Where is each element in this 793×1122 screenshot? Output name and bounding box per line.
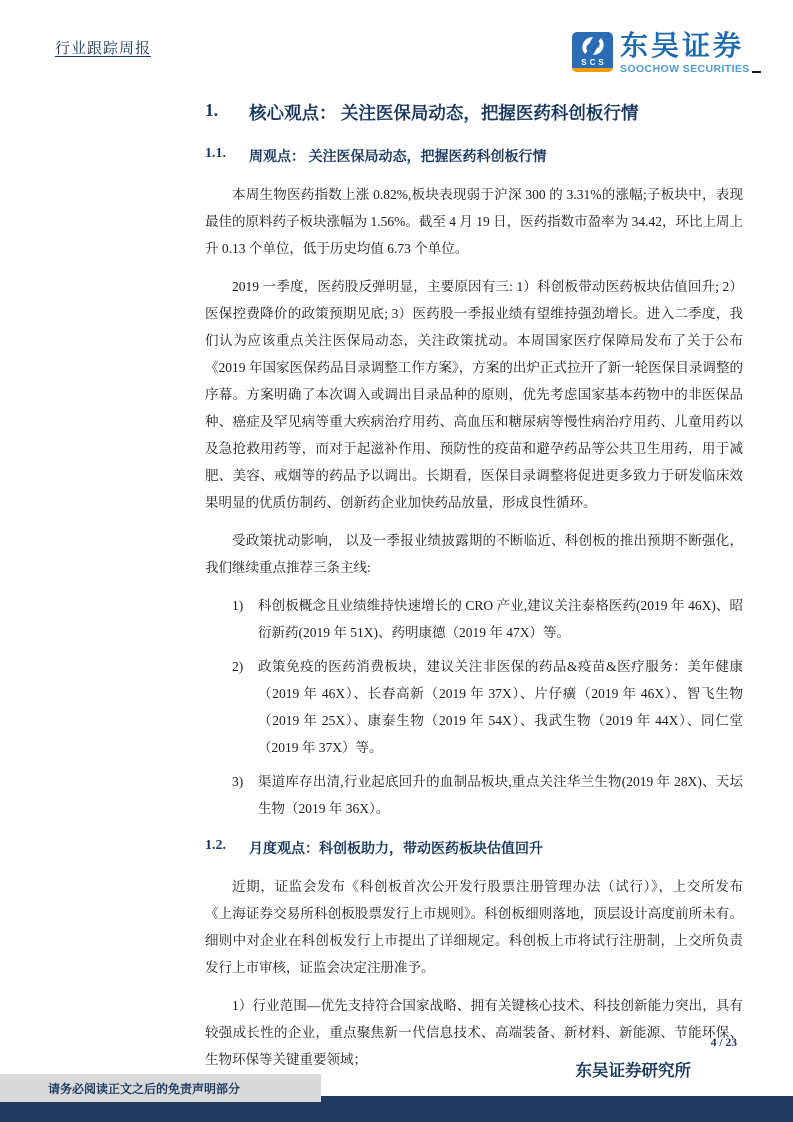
list-item-number: 3): [232, 768, 243, 795]
list-item: 3) 渠道库存出清,行业起底回升的血制品板块,重点关注华兰生物(2019 年 2…: [205, 768, 743, 822]
heading-text: 周观点： 关注医保局动态，把握医药科创板行情: [249, 146, 547, 166]
list-item-text: 政策免疫的医药消费板块，建议关注非医保的药品&疫苗&医疗服务：美年健康（2019…: [258, 659, 743, 755]
disclaimer-banner: 请务必阅读正文之后的免责声明部分: [0, 1074, 321, 1102]
list-item-text: 科创板概念且业绩维持快速增长的 CRO 产业,建议关注泰格医药(2019 年 4…: [258, 598, 743, 640]
research-institute-label: 东吴证券研究所: [576, 1057, 692, 1081]
report-page: 行业跟踪周报 SCS 东吴证券 SOOCHOW SECURITIES 1. 核心…: [0, 0, 793, 1122]
recommendation-list: 1) 科创板概念且业绩维持快速增长的 CRO 产业,建议关注泰格医药(2019 …: [205, 592, 743, 822]
heading-number: 1.2.: [205, 838, 249, 858]
brand-name-cn: 东吴证券: [620, 32, 750, 60]
doc-type-label: 行业跟踪周报: [55, 37, 151, 58]
list-item-text: 渠道库存出清,行业起底回升的血制品板块,重点关注华兰生物(2019 年 28X)…: [258, 774, 743, 816]
brand-name-en: SOOCHOW SECURITIES: [620, 63, 750, 75]
heading-text: 核心观点： 关注医保局动态，把握医药科创板行情: [249, 100, 638, 125]
section-heading-1-2: 1.2. 月度观点：科创板助力，带动医药板块估值回升: [205, 838, 743, 858]
heading-text: 月度观点：科创板助力，带动医药板块估值回升: [249, 838, 543, 858]
logo-orange-bar: [572, 68, 613, 72]
document-body: 1. 核心观点： 关注医保局动态，把握医药科创板行情 1.1. 周观点： 关注医…: [205, 100, 743, 1084]
paragraph: 近期，证监会发布《科创板首次公开发行股票注册管理办法（试行）》，上交所发布《上海…: [205, 873, 743, 981]
scs-label: SCS: [578, 58, 606, 67]
logo-underscore-mark: [752, 71, 761, 73]
section-heading-1-1: 1.1. 周观点： 关注医保局动态，把握医药科创板行情: [205, 146, 743, 166]
list-item-number: 2): [232, 653, 243, 680]
paragraph: 2019 一季度，医药股反弹明显，主要原因有三: 1）科创板带动医药板块估值回升…: [205, 273, 743, 516]
paragraph: 受政策扰动影响， 以及一季报业绩披露期的不断临近、科创板的推出预期不断强化，我们…: [205, 527, 743, 581]
list-item-number: 1): [232, 592, 243, 619]
list-item: 1) 科创板概念且业绩维持快速增长的 CRO 产业,建议关注泰格医药(2019 …: [205, 592, 743, 646]
heading-number: 1.1.: [205, 146, 249, 166]
paragraph: 本周生物医药指数上涨 0.82%,板块表现弱于沪深 300 的 3.31%的涨幅…: [205, 181, 743, 262]
list-item: 2) 政策免疫的医药消费板块，建议关注非医保的药品&疫苗&医疗服务：美年健康（2…: [205, 653, 743, 761]
swirl-glyph: [576, 34, 610, 58]
brand-logo: SCS 东吴证券 SOOCHOW SECURITIES: [572, 32, 750, 75]
soochow-logo-icon: SCS: [572, 32, 613, 72]
logo-text: 东吴证券 SOOCHOW SECURITIES: [620, 32, 750, 75]
section-heading-1: 1. 核心观点： 关注医保局动态，把握医药科创板行情: [205, 100, 743, 125]
heading-number: 1.: [205, 100, 249, 125]
disclaimer-text: 请务必阅读正文之后的免责声明部分: [48, 1080, 240, 1097]
page-number: 4 / 23: [711, 1037, 737, 1049]
